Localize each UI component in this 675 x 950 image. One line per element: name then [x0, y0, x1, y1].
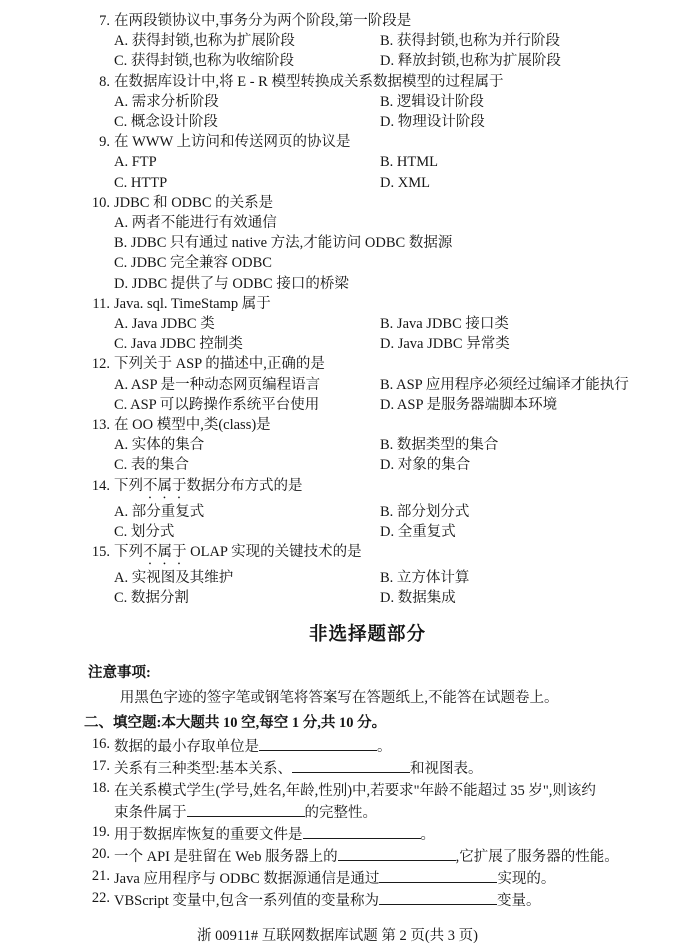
option: B. 数据类型的集合 — [380, 435, 667, 455]
option: D. XML — [380, 173, 667, 193]
option: C. ASP 可以跨操作系统平台使用 — [114, 395, 380, 415]
stem-emphasized-text: 不属于 — [143, 478, 187, 494]
fill-blank — [338, 847, 456, 861]
fill-blank — [292, 759, 410, 773]
fill-text: 束条件属于 — [114, 805, 187, 821]
stem-text: OLAP 实现的关键技术的是 — [187, 544, 362, 560]
options: A. ASP 是一种动态网页编程语言 B. ASP 应用程序必须经过编译才能执行… — [114, 375, 667, 415]
fill-blank — [303, 825, 421, 839]
fill-text: VBScript 变量中,包含一系列值的变量称为 — [114, 893, 379, 909]
option: C. 数据分割 — [114, 588, 380, 608]
exam-paper-page: 7.在两段锁协议中,事务分为两个阶段,第一阶段是 A. 获得封锁,也称为扩展阶段… — [0, 0, 675, 947]
options: A. 实视图及其维护 B. 立方体计算 C. 数据分割 D. 数据集成 — [114, 568, 667, 608]
fill-text: 。 — [421, 827, 436, 843]
question-stem: 下列不属于数据分布方式的是 — [114, 478, 303, 494]
notice-block: 注意事项: 用黑色字迹的签字笔或钢笔将答案写在答题纸上,不能答在试题卷上。 — [88, 661, 667, 711]
question-number: 18. — [84, 780, 110, 824]
question-stem: 在 WWW 上访问和传送网页的协议是 — [114, 134, 351, 150]
question: 15.下列不属于 OLAP 实现的关键技术的是 A. 实视图及其维护 B. 立方… — [84, 542, 667, 608]
option: B. 立方体计算 — [380, 568, 667, 588]
question: 10.JDBC 和 ODBC 的关系是 A. 两者不能进行有效通信 B. JDB… — [84, 193, 667, 294]
option: C. 获得封锁,也称为收缩阶段 — [114, 51, 380, 71]
page-footer: 浙 00911# 互联网数据库试题 第 2 页(共 3 页) — [0, 925, 675, 947]
question: 11.Java. sql. TimeStamp 属于 A. Java JDBC … — [84, 294, 667, 355]
option: C. HTTP — [114, 173, 380, 193]
fill-item: 20. 一个 API 是驻留在 Web 服务器上的,它扩展了服务器的性能。 — [84, 846, 669, 868]
option: D. 全重复式 — [380, 522, 667, 542]
option: B. 部分划分式 — [380, 502, 667, 522]
fill-text: 用于数据库恢复的重要文件是 — [114, 827, 303, 843]
fill-text: 数据的最小存取单位是 — [114, 739, 259, 755]
question-number: 17. — [84, 758, 110, 780]
option: B. ASP 应用程序必须经过编译才能执行 — [380, 375, 667, 395]
option: A. 需求分析阶段 — [114, 92, 380, 112]
options: A. 两者不能进行有效通信 B. JDBC 只有通过 native 方法,才能访… — [114, 213, 667, 294]
option: D. 对象的集合 — [380, 455, 667, 475]
fill-blank — [379, 869, 497, 883]
fill-blank — [259, 737, 377, 751]
question-number: 21. — [84, 868, 110, 890]
fill-text: 实现的。 — [497, 871, 555, 887]
question: 14.下列不属于数据分布方式的是 A. 部分重复式 B. 部分划分式 C. 划分… — [84, 476, 667, 542]
question-number: 16. — [84, 736, 110, 758]
options: A. 部分重复式 B. 部分划分式 C. 划分式 D. 全重复式 — [114, 502, 667, 542]
question: 7.在两段锁协议中,事务分为两个阶段,第一阶段是 A. 获得封锁,也称为扩展阶段… — [84, 11, 667, 72]
option: A. FTP — [114, 152, 380, 172]
option: D. Java JDBC 异常类 — [380, 334, 667, 354]
fill-text: 。 — [377, 739, 392, 755]
fill-item: 22. VBScript 变量中,包含一系列值的变量称为变量。 — [84, 890, 669, 912]
fill-item: 19. 用于数据库恢复的重要文件是。 — [84, 824, 669, 846]
question-number: 12. — [84, 354, 110, 374]
question-number: 19. — [84, 824, 110, 846]
question: 13.在 OO 模型中,类(class)是 A. 实体的集合 B. 数据类型的集… — [84, 415, 667, 476]
question-number: 14. — [84, 476, 110, 496]
fill-blank — [379, 891, 497, 905]
fill-section-header: 二、填空题:本大题共 10 空,每空 1 分,共 10 分。 — [84, 711, 675, 736]
fill-item: 18. 在关系模式学生(学号,姓名,年龄,性别)中,若要求"年龄不能超过 35 … — [84, 780, 669, 824]
multiple-choice-section: 7.在两段锁协议中,事务分为两个阶段,第一阶段是 A. 获得封锁,也称为扩展阶段… — [84, 11, 667, 608]
option: C. 划分式 — [114, 522, 380, 542]
options: A. 需求分析阶段 B. 逻辑设计阶段 C. 概念设计阶段 D. 物理设计阶段 — [114, 92, 667, 132]
option: D. JDBC 提供了与 ODBC 接口的桥梁 — [114, 274, 667, 294]
option: D. ASP 是服务器端脚本环境 — [380, 395, 667, 415]
question: 12.下列关于 ASP 的描述中,正确的是 A. ASP 是一种动态网页编程语言… — [84, 354, 667, 415]
fill-text: Java 应用程序与 ODBC 数据源通信是通过 — [114, 871, 379, 887]
question-number: 20. — [84, 846, 110, 868]
option: A. 实视图及其维护 — [114, 568, 380, 588]
fill-text: 在关系模式学生(学号,姓名,年龄,性别)中,若要求"年龄不能超过 35 岁",则… — [114, 780, 669, 802]
options: A. Java JDBC 类 B. Java JDBC 接口类 C. Java … — [114, 314, 667, 354]
fill-item: 17. 关系有三种类型:基本关系、和视图表。 — [84, 758, 669, 780]
question-number: 15. — [84, 542, 110, 562]
question-number: 7. — [84, 11, 110, 31]
stem-text: 下列 — [114, 544, 143, 560]
stem-text: 下列 — [114, 478, 143, 494]
question-number: 8. — [84, 72, 110, 92]
section-heading: 非选择题部分 — [60, 623, 675, 647]
question: 9.在 WWW 上访问和传送网页的协议是 A. FTP B. HTML C. H… — [84, 132, 667, 193]
option: D. 数据集成 — [380, 588, 667, 608]
option: D. 释放封锁,也称为扩展阶段 — [380, 51, 667, 71]
option: C. Java JDBC 控制类 — [114, 334, 380, 354]
question-stem: 在 OO 模型中,类(class)是 — [114, 417, 271, 433]
fill-text: 和视图表。 — [410, 761, 483, 777]
question-number: 22. — [84, 890, 110, 912]
option: B. 获得封锁,也称为并行阶段 — [380, 31, 667, 51]
stem-text: 数据分布方式的是 — [187, 478, 303, 494]
options: A. 实体的集合 B. 数据类型的集合 C. 表的集合 D. 对象的集合 — [114, 435, 667, 475]
fill-in-section: 16. 数据的最小存取单位是。 17. 关系有三种类型:基本关系、和视图表。 1… — [84, 736, 669, 912]
question: 8.在数据库设计中,将 E - R 模型转换成关系数据模型的过程属于 A. 需求… — [84, 72, 667, 133]
question-number: 13. — [84, 415, 110, 435]
option: A. ASP 是一种动态网页编程语言 — [114, 375, 380, 395]
option: A. 获得封锁,也称为扩展阶段 — [114, 31, 380, 51]
options: A. FTP B. HTML C. HTTP D. XML — [114, 152, 667, 192]
question-stem: Java. sql. TimeStamp 属于 — [114, 296, 271, 312]
fill-text: 一个 API 是驻留在 Web 服务器上的 — [114, 849, 338, 865]
fill-item: 21. Java 应用程序与 ODBC 数据源通信是通过实现的。 — [84, 868, 669, 890]
question-stem: 在数据库设计中,将 E - R 模型转换成关系数据模型的过程属于 — [114, 74, 503, 90]
notice-body: 用黑色字迹的签字笔或钢笔将答案写在答题纸上,不能答在试题卷上。 — [88, 686, 667, 711]
question-stem: 在两段锁协议中,事务分为两个阶段,第一阶段是 — [114, 13, 411, 29]
fill-text: 变量。 — [497, 893, 541, 909]
notice-title: 注意事项: — [88, 661, 667, 686]
option: B. JDBC 只有通过 native 方法,才能访问 ODBC 数据源 — [114, 233, 667, 253]
fill-blank — [187, 803, 305, 817]
option: B. 逻辑设计阶段 — [380, 92, 667, 112]
question-number: 11. — [84, 294, 110, 314]
option: A. 两者不能进行有效通信 — [114, 213, 667, 233]
options: A. 获得封锁,也称为扩展阶段 B. 获得封锁,也称为并行阶段 C. 获得封锁,… — [114, 31, 667, 71]
fill-text: ,它扩展了服务器的性能。 — [456, 849, 619, 865]
option: B. Java JDBC 接口类 — [380, 314, 667, 334]
option: B. HTML — [380, 152, 667, 172]
option: C. JDBC 完全兼容 ODBC — [114, 253, 667, 273]
question-number: 10. — [84, 193, 110, 213]
option: A. 实体的集合 — [114, 435, 380, 455]
stem-emphasized-text: 不属于 — [143, 544, 187, 560]
option: A. Java JDBC 类 — [114, 314, 380, 334]
fill-text: 的完整性。 — [305, 805, 378, 821]
option: C. 表的集合 — [114, 455, 380, 475]
question-stem: JDBC 和 ODBC 的关系是 — [114, 195, 273, 211]
question-number: 9. — [84, 132, 110, 152]
question-stem: 下列关于 ASP 的描述中,正确的是 — [114, 356, 325, 372]
fill-item: 16. 数据的最小存取单位是。 — [84, 736, 669, 758]
option: D. 物理设计阶段 — [380, 112, 667, 132]
fill-text: 关系有三种类型:基本关系、 — [114, 761, 292, 777]
option: A. 部分重复式 — [114, 502, 380, 522]
question-stem: 下列不属于 OLAP 实现的关键技术的是 — [114, 544, 362, 560]
option: C. 概念设计阶段 — [114, 112, 380, 132]
